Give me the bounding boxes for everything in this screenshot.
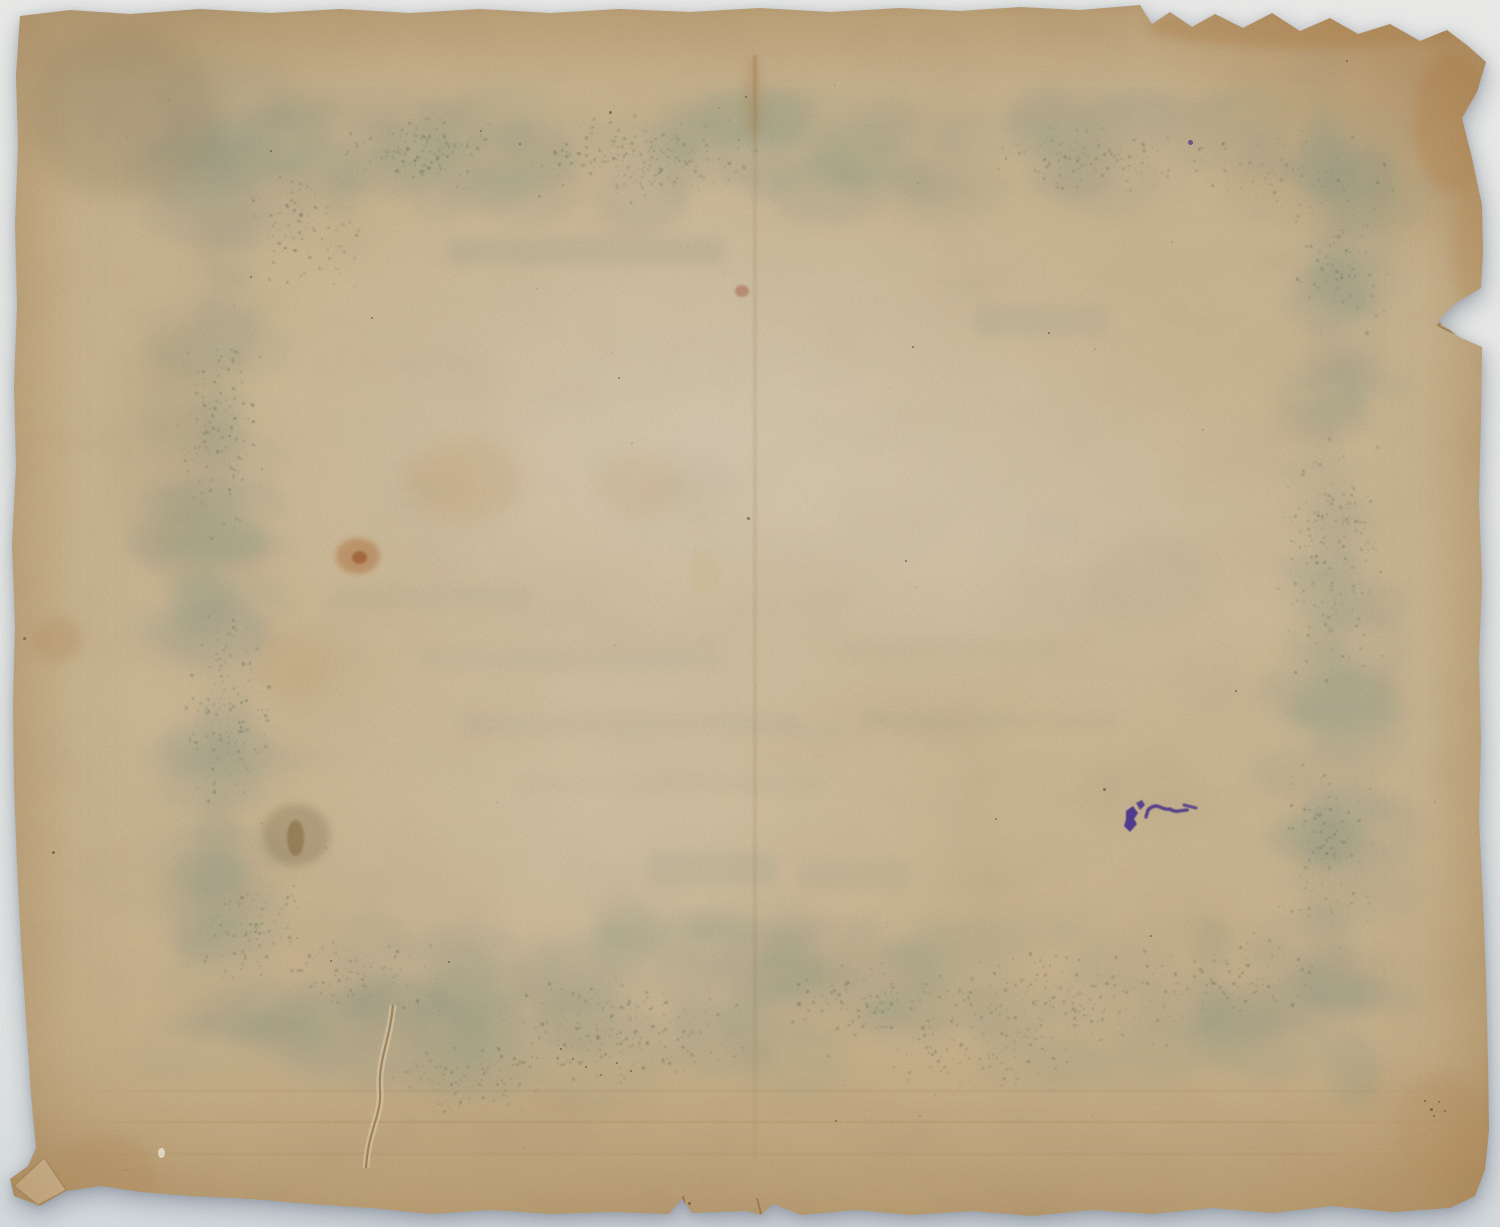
showthrough-speck <box>521 1108 524 1111</box>
showthrough-speck <box>392 982 394 984</box>
showthrough-speck <box>1288 827 1290 829</box>
showthrough-speck <box>1367 553 1369 555</box>
showthrough-speck <box>197 371 199 373</box>
showthrough-speck <box>1089 999 1091 1001</box>
showthrough-speck <box>1363 872 1364 873</box>
fiber-speck <box>572 1058 574 1060</box>
showthrough-speck <box>233 935 235 937</box>
showthrough-speck <box>1321 782 1322 783</box>
showthrough-blob <box>873 987 956 1035</box>
showthrough-speck <box>1083 1008 1085 1010</box>
showthrough-speck <box>429 151 431 153</box>
showthrough-speck <box>429 151 430 152</box>
showthrough-speck <box>689 1021 690 1022</box>
showthrough-blob <box>835 167 945 201</box>
showthrough-speck <box>649 159 650 160</box>
showthrough-speck <box>1313 831 1315 833</box>
showthrough-speck <box>1036 1000 1038 1002</box>
showthrough-speck <box>931 1053 934 1056</box>
showthrough-speck <box>439 1065 442 1068</box>
showthrough-speck <box>371 150 372 151</box>
showthrough-speck <box>355 978 357 980</box>
showthrough-blob <box>701 83 823 148</box>
showthrough-speck <box>630 176 632 178</box>
showthrough-speck <box>609 1035 611 1037</box>
showthrough-speck <box>1324 571 1326 573</box>
showthrough-speck <box>1335 609 1338 612</box>
fiber-speck <box>1430 1108 1433 1111</box>
showthrough-blob <box>169 591 292 618</box>
showthrough-blob <box>709 103 775 135</box>
showthrough-speck <box>237 740 238 741</box>
showthrough-blob <box>289 905 408 964</box>
showthrough-speck <box>1165 1044 1168 1047</box>
showthrough-speck <box>531 161 534 164</box>
showthrough-speck <box>195 423 196 424</box>
showthrough-speck <box>560 1023 562 1025</box>
showthrough-speck <box>1095 157 1097 159</box>
showthrough-speck <box>336 1001 338 1003</box>
showthrough-blob <box>854 999 911 1031</box>
showthrough-speck <box>702 177 705 180</box>
showthrough-speck <box>836 1027 839 1030</box>
showthrough-speck <box>885 1026 887 1028</box>
showthrough-speck <box>243 791 246 794</box>
showthrough-speck <box>1195 170 1197 172</box>
showthrough-blob <box>1100 93 1236 121</box>
showthrough-speck <box>199 690 200 691</box>
showthrough-speck <box>403 152 406 155</box>
showthrough-speck <box>688 160 691 163</box>
showthrough-speck <box>1315 556 1318 559</box>
showthrough-speck <box>728 179 731 182</box>
showthrough-speck <box>1302 822 1304 824</box>
showthrough-speck <box>355 234 358 237</box>
showthrough-speck <box>384 966 386 968</box>
showthrough-speck <box>1320 332 1323 335</box>
showthrough-speck <box>252 403 255 406</box>
showthrough-speck <box>929 1046 932 1049</box>
showthrough-speck <box>1342 222 1344 224</box>
showthrough-speck <box>1341 301 1343 303</box>
showthrough-speck <box>1091 985 1093 987</box>
showthrough-speck <box>1081 144 1082 145</box>
showthrough-blob <box>164 950 284 1006</box>
showthrough-speck <box>505 1090 506 1091</box>
showthrough-speck <box>582 164 585 167</box>
showthrough-speck <box>257 895 258 896</box>
showthrough-speck <box>1200 969 1201 970</box>
showthrough-blob <box>196 111 309 151</box>
showthrough-speck <box>797 983 800 986</box>
showthrough-speck <box>1055 955 1057 957</box>
showthrough-speck <box>1297 168 1299 170</box>
showthrough-speck <box>1334 293 1336 295</box>
showthrough-speck <box>967 996 970 999</box>
showthrough-speck <box>405 154 408 157</box>
showthrough-speck <box>243 440 245 442</box>
showthrough-speck <box>611 1021 612 1022</box>
showthrough-speck <box>442 153 444 155</box>
showthrough-speck <box>1069 999 1070 1000</box>
showthrough-speck <box>596 1028 599 1031</box>
showthrough-speck <box>1040 985 1041 986</box>
showthrough-speck <box>424 1072 426 1074</box>
showthrough-blob <box>1295 689 1400 746</box>
showthrough-speck <box>1325 879 1326 880</box>
showthrough-blob <box>178 527 247 558</box>
showthrough-speck <box>1355 871 1357 873</box>
showthrough-speck <box>1302 602 1304 604</box>
showthrough-speck <box>665 1001 668 1004</box>
showthrough-speck <box>245 699 248 702</box>
showthrough-speck <box>1337 602 1338 603</box>
showthrough-speck <box>1105 982 1108 985</box>
showthrough-speck <box>629 1018 632 1021</box>
showthrough-speck <box>939 975 941 977</box>
showthrough-blob <box>127 516 268 574</box>
showthrough-speck <box>1095 162 1096 163</box>
showthrough-speck <box>660 149 663 152</box>
showthrough-speck <box>384 150 386 152</box>
showthrough-speck <box>1360 548 1363 551</box>
showthrough-blob <box>402 1003 490 1056</box>
showthrough-speck <box>1347 560 1349 562</box>
showthrough-speck <box>1314 818 1316 820</box>
showthrough-speck <box>1049 1004 1052 1007</box>
showthrough-blob <box>520 965 605 1000</box>
showthrough-speck <box>256 938 258 940</box>
showthrough-speck <box>1318 511 1319 512</box>
showthrough-speck <box>349 132 352 135</box>
showthrough-speck <box>482 1096 485 1099</box>
showthrough-speck <box>1043 984 1044 985</box>
showthrough-speck <box>1335 278 1338 281</box>
showthrough-speck <box>1328 567 1331 570</box>
showthrough-speck <box>1107 1000 1108 1001</box>
showthrough-speck <box>321 980 324 983</box>
showthrough-speck <box>1324 897 1327 900</box>
showthrough-speck <box>356 971 359 974</box>
showthrough-speck <box>502 1094 505 1097</box>
showthrough-speck <box>807 1009 810 1012</box>
showthrough-speck <box>1340 217 1342 219</box>
showthrough-speck <box>676 130 677 131</box>
showthrough-speck <box>240 701 243 704</box>
showthrough-speck <box>1326 279 1328 281</box>
fiber-speck <box>23 637 26 640</box>
showthrough-speck <box>1325 679 1328 682</box>
showthrough-speck <box>637 1006 639 1008</box>
showthrough-blob <box>649 120 783 185</box>
showthrough-speck <box>1317 463 1319 465</box>
showthrough-blob <box>1315 646 1359 699</box>
showthrough-speck <box>1100 1039 1102 1041</box>
showthrough-speck <box>420 137 423 140</box>
showthrough-speck <box>436 978 438 980</box>
showthrough-speck <box>395 164 396 165</box>
showthrough-speck <box>644 120 645 121</box>
showthrough-speck <box>211 691 212 692</box>
showthrough-speck <box>235 629 237 631</box>
showthrough-speck <box>308 223 309 224</box>
showthrough-speck <box>1044 150 1045 151</box>
showthrough-speck <box>213 381 216 384</box>
showthrough-speck <box>1078 1011 1081 1014</box>
showthrough-speck <box>709 998 712 1001</box>
showthrough-speck <box>235 517 238 520</box>
showthrough-speck <box>1371 295 1374 298</box>
showthrough-speck <box>642 1063 644 1065</box>
showthrough-speck <box>375 1002 376 1003</box>
showthrough-speck <box>1319 846 1322 849</box>
showthrough-speck <box>602 1007 604 1009</box>
showthrough-speck <box>1206 984 1209 987</box>
showthrough-blob <box>1300 815 1356 865</box>
showthrough-speck <box>1113 984 1115 986</box>
showthrough-speck <box>1061 155 1064 158</box>
showthrough-speck <box>205 477 206 478</box>
showthrough-speck <box>190 412 191 413</box>
showthrough-speck <box>1142 149 1145 152</box>
fiber-speck <box>1171 241 1173 243</box>
showthrough-speck <box>370 966 372 968</box>
showthrough-speck <box>252 899 253 900</box>
showthrough-speck <box>1134 1017 1136 1019</box>
showthrough-speck <box>237 900 239 902</box>
showthrough-speck <box>205 707 208 710</box>
showthrough-speck <box>604 1035 605 1036</box>
showthrough-speck <box>1348 838 1349 839</box>
showthrough-speck <box>1364 543 1367 546</box>
showthrough-speck <box>1310 246 1312 248</box>
showthrough-speck <box>1067 996 1069 998</box>
showthrough-speck <box>409 955 410 956</box>
showthrough-speck <box>684 1070 685 1071</box>
showthrough-speck <box>1305 141 1308 144</box>
fiber-speck <box>125 1169 127 1171</box>
showthrough-speck <box>1013 1040 1016 1043</box>
showthrough-speck <box>279 254 280 255</box>
showthrough-speck <box>1312 185 1313 186</box>
showthrough-speck <box>1012 958 1014 960</box>
ghost-text-row <box>700 920 880 940</box>
showthrough-speck <box>245 739 246 740</box>
showthrough-speck <box>299 183 302 186</box>
showthrough-speck <box>1122 990 1124 992</box>
showthrough-speck <box>1335 270 1338 273</box>
showthrough-speck <box>1357 944 1359 946</box>
showthrough-speck <box>536 1057 538 1059</box>
showthrough-speck <box>1278 978 1280 980</box>
showthrough-speck <box>1161 966 1162 967</box>
showthrough-blob <box>1200 978 1334 1037</box>
showthrough-speck <box>1213 982 1216 985</box>
showthrough-speck <box>1020 978 1023 981</box>
showthrough-blob <box>530 1040 664 1106</box>
showthrough-speck <box>1252 164 1253 165</box>
showthrough-speck <box>1023 151 1025 153</box>
showthrough-speck <box>1302 590 1305 593</box>
showthrough-speck <box>956 1024 958 1026</box>
fiber-speck <box>924 573 925 574</box>
showthrough-speck <box>237 456 240 459</box>
showthrough-speck <box>1347 905 1349 907</box>
showthrough-speck <box>506 1075 507 1076</box>
showthrough-speck <box>413 1061 415 1063</box>
showthrough-speck <box>1331 585 1333 587</box>
showthrough-speck <box>436 157 439 160</box>
fiber-speck <box>435 1069 436 1070</box>
showthrough-speck <box>1368 274 1371 277</box>
showthrough-speck <box>1166 175 1169 178</box>
fiber-speck <box>260 974 262 976</box>
fiber-speck <box>618 377 620 379</box>
showthrough-speck <box>541 1002 542 1003</box>
showthrough-speck <box>425 141 428 144</box>
showthrough-speck <box>217 429 220 432</box>
showthrough-speck <box>227 741 230 744</box>
showthrough-speck <box>299 213 302 216</box>
showthrough-speck <box>249 662 252 665</box>
showthrough-speck <box>1035 1003 1038 1006</box>
showthrough-speck <box>485 130 486 131</box>
showthrough-speck <box>405 151 407 153</box>
showthrough-speck <box>1103 153 1105 155</box>
showthrough-speck <box>238 721 241 724</box>
showthrough-speck <box>677 168 678 169</box>
showthrough-speck <box>1176 998 1177 999</box>
showthrough-speck <box>261 907 264 910</box>
showthrough-speck <box>480 1063 482 1065</box>
showthrough-speck <box>1125 180 1127 182</box>
showthrough-speck <box>242 903 243 904</box>
showthrough-speck <box>1288 630 1289 631</box>
fiber-speck <box>1424 1100 1426 1102</box>
showthrough-blob <box>1327 507 1384 557</box>
showthrough-blob <box>879 937 1008 974</box>
showthrough-blob <box>1075 92 1206 148</box>
showthrough-speck <box>662 152 665 155</box>
showthrough-speck <box>1076 980 1079 983</box>
showthrough-speck <box>245 768 248 771</box>
showthrough-speck <box>362 141 365 144</box>
showthrough-speck <box>437 172 439 174</box>
showthrough-speck <box>676 177 678 179</box>
showthrough-speck <box>1347 522 1349 524</box>
showthrough-speck <box>1034 962 1036 964</box>
showthrough-speck <box>230 466 233 469</box>
showthrough-speck <box>632 149 635 152</box>
showthrough-speck <box>1354 520 1357 523</box>
showthrough-speck <box>273 920 276 923</box>
stain <box>262 804 330 866</box>
showthrough-speck <box>1317 179 1320 182</box>
showthrough-speck <box>1337 805 1339 807</box>
showthrough-speck <box>647 169 649 171</box>
showthrough-blob <box>1289 638 1341 670</box>
showthrough-speck <box>413 129 415 131</box>
showthrough-speck <box>1009 1067 1012 1070</box>
showthrough-speck <box>979 1058 981 1060</box>
showthrough-blob <box>325 171 365 224</box>
showthrough-speck <box>1193 160 1196 163</box>
showthrough-speck <box>1223 169 1226 172</box>
showthrough-speck <box>240 896 243 899</box>
showthrough-speck <box>479 1055 480 1056</box>
showthrough-speck <box>1034 169 1037 172</box>
showthrough-speck <box>480 135 482 137</box>
showthrough-speck <box>265 717 266 718</box>
showthrough-speck <box>806 990 809 993</box>
showthrough-speck <box>223 680 224 681</box>
showthrough-speck <box>980 961 982 963</box>
showthrough-speck <box>1331 912 1333 914</box>
showthrough-speck <box>1347 811 1350 814</box>
showthrough-speck <box>1059 986 1062 989</box>
showthrough-speck <box>468 1086 469 1087</box>
showthrough-speck <box>658 167 661 170</box>
showthrough-speck <box>263 932 264 933</box>
showthrough-speck <box>221 436 223 438</box>
showthrough-speck <box>633 155 635 157</box>
showthrough-speck <box>676 142 679 145</box>
showthrough-speck <box>575 1027 578 1030</box>
showthrough-speck <box>314 193 316 195</box>
showthrough-speck <box>229 717 230 718</box>
showthrough-speck <box>803 1018 806 1021</box>
showthrough-speck <box>622 1049 623 1050</box>
showthrough-speck <box>1326 513 1328 515</box>
showthrough-speck <box>1287 486 1289 488</box>
showthrough-speck <box>246 893 249 896</box>
showthrough-speck <box>211 645 212 646</box>
showthrough-speck <box>1335 520 1336 521</box>
showthrough-speck <box>641 169 644 172</box>
showthrough-speck <box>635 1035 637 1037</box>
showthrough-speck <box>602 1043 604 1045</box>
showthrough-speck <box>462 1082 463 1083</box>
showthrough-speck <box>841 1002 844 1005</box>
showthrough-blob <box>1315 797 1410 824</box>
showthrough-speck <box>376 156 378 158</box>
showthrough-speck <box>1311 539 1313 541</box>
fiber-speck <box>496 801 498 803</box>
showthrough-speck <box>406 984 409 987</box>
showthrough-blob <box>910 916 959 995</box>
showthrough-speck <box>1276 916 1277 917</box>
showthrough-speck <box>568 1036 569 1037</box>
showthrough-speck <box>465 1060 466 1061</box>
showthrough-speck <box>1333 599 1336 602</box>
showthrough-speck <box>628 1015 630 1017</box>
showthrough-speck <box>967 999 969 1001</box>
showthrough-speck <box>913 1036 916 1039</box>
showthrough-speck <box>293 885 295 887</box>
showthrough-speck <box>266 719 269 722</box>
showthrough-speck <box>518 1083 521 1086</box>
showthrough-speck <box>1305 867 1308 870</box>
showthrough-speck <box>222 367 225 370</box>
showthrough-speck <box>1322 542 1325 545</box>
showthrough-speck <box>1335 797 1338 800</box>
ghost-text-row <box>460 714 800 734</box>
showthrough-speck <box>424 145 426 147</box>
showthrough-speck <box>232 976 235 979</box>
vertical-fold-crease <box>753 55 757 1160</box>
showthrough-speck <box>205 712 208 715</box>
showthrough-speck <box>304 204 305 205</box>
